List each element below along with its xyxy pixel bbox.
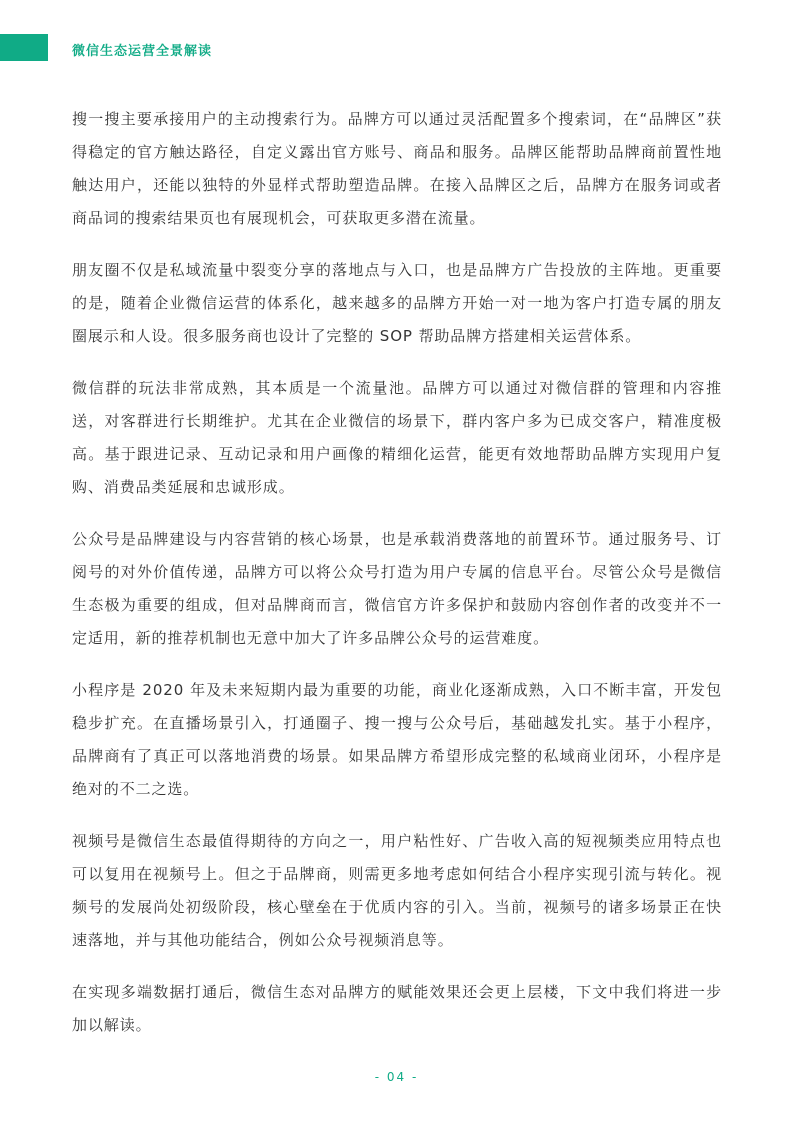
paragraph-conclusion: 在实现多端数据打通后，微信生态对品牌方的赋能效果还会更上层楼，下文中我们将进一步… — [72, 976, 722, 1042]
document-body: 搜一搜主要承接用户的主动搜索行为。品牌方可以通过灵活配置多个搜索词，在“品牌区”… — [72, 103, 722, 1061]
paragraph-mini-programs: 小程序是 2020 年及未来短期内最为重要的功能，商业化逐渐成熟，入口不断丰富，… — [72, 674, 722, 806]
paragraph-search-sou-yi-sou: 搜一搜主要承接用户的主动搜索行为。品牌方可以通过灵活配置多个搜索词，在“品牌区”… — [72, 103, 722, 235]
paragraph-official-accounts: 公众号是品牌建设与内容营销的核心场景，也是承载消费落地的前置环节。通过服务号、订… — [72, 523, 722, 655]
paragraph-moments: 朋友圈不仅是私域流量中裂变分享的落地点与入口，也是品牌方广告投放的主阵地。更重要… — [72, 254, 722, 353]
page-header-title: 微信生态运营全景解读 — [72, 40, 212, 59]
page-number: - 04 - — [375, 1070, 419, 1084]
header-accent-block — [0, 34, 48, 61]
paragraph-video-channels: 视频号是微信生态最值得期待的方向之一，用户粘性好、广告收入高的短视频类应用特点也… — [72, 825, 722, 957]
page-footer: - 04 - — [0, 1066, 793, 1085]
document-page: 微信生态运营全景解读 搜一搜主要承接用户的主动搜索行为。品牌方可以通过灵活配置多… — [0, 0, 793, 1122]
paragraph-wechat-groups: 微信群的玩法非常成熟，其本质是一个流量池。品牌方可以通过对微信群的管理和内容推送… — [72, 372, 722, 504]
